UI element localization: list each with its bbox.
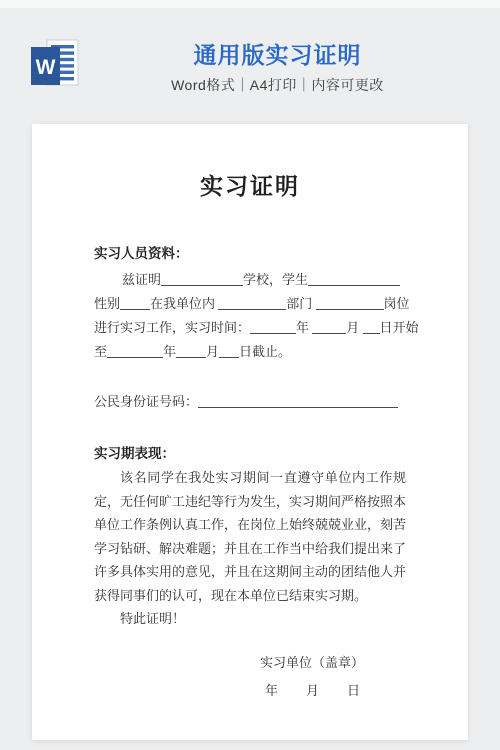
performance-paragraph: 该名同学在我处实习期间一直遵守单位内工作规定，无任何旷工违纪等行为发生，实习期间… bbox=[94, 466, 406, 607]
form-text: 性别 bbox=[94, 296, 120, 311]
blank-field-end-day bbox=[219, 344, 239, 358]
form-text: 月 bbox=[346, 320, 359, 335]
form-text: 日开始 bbox=[380, 320, 419, 335]
page-subtitle: Word格式｜A4打印｜内容可更改 bbox=[55, 76, 500, 94]
form-text: 岗位 bbox=[384, 296, 410, 311]
blank-field-end-year bbox=[107, 344, 163, 358]
personnel-form: 兹证明学校，学生 性别在我单位内 部门 岗位 进行实习工作，实习时间：年 月 日… bbox=[94, 268, 406, 364]
id-number-line: 公民身份证号码： bbox=[94, 390, 406, 414]
signature-date-line: 年月日 bbox=[94, 681, 406, 701]
date-year-label: 年 bbox=[265, 683, 278, 698]
form-line: 进行实习工作，实习时间：年 月 日开始 bbox=[94, 316, 406, 340]
form-line: 至年月日截止。 bbox=[94, 340, 406, 364]
form-text: 在我单位内 bbox=[150, 296, 215, 311]
blank-field-start-day bbox=[363, 320, 380, 334]
page-title: 通用版实习证明 bbox=[55, 41, 500, 69]
blank-field-position bbox=[316, 296, 384, 310]
id-number-label: 公民身份证号码： bbox=[94, 394, 198, 409]
hereby-certify-line: 特此证明！ bbox=[94, 607, 406, 631]
page-background: { "header": { "logo_letter": "W", "title… bbox=[0, 0, 500, 750]
blank-field-gender bbox=[120, 296, 150, 310]
form-text: 部门 bbox=[286, 296, 312, 311]
blank-field-start-month bbox=[312, 320, 346, 334]
top-strip bbox=[0, 0, 500, 8]
blank-field-school bbox=[161, 272, 243, 286]
form-text: 进行实习工作，实习时间： bbox=[94, 320, 250, 335]
blank-field-end-month bbox=[176, 344, 206, 358]
form-text: 年 bbox=[163, 344, 176, 359]
signature-unit-line: 实习单位（盖章） bbox=[94, 653, 406, 673]
blank-field-id-number bbox=[198, 394, 398, 408]
form-text: 至 bbox=[94, 344, 107, 359]
section-heading-personnel: 实习人员资料： bbox=[94, 244, 406, 264]
form-text: 月 bbox=[206, 344, 219, 359]
form-text: 年 bbox=[296, 320, 309, 335]
blank-field-start-year bbox=[250, 320, 296, 334]
date-month-label: 月 bbox=[306, 683, 319, 698]
word-logo-letter: W bbox=[36, 56, 56, 79]
form-text: 学校，学生 bbox=[243, 272, 308, 287]
form-text: 日截止。 bbox=[239, 344, 291, 359]
form-text: 兹证明 bbox=[122, 272, 161, 287]
section-heading-performance: 实习期表现： bbox=[94, 444, 406, 464]
document-page: 实习证明 实习人员资料： 兹证明学校，学生 性别在我单位内 部门 岗位 进行实习… bbox=[32, 124, 468, 740]
date-day-label: 日 bbox=[347, 683, 360, 698]
blank-field-student bbox=[308, 272, 400, 286]
header: 通用版实习证明 Word格式｜A4打印｜内容可更改 bbox=[55, 41, 500, 94]
blank-field-department bbox=[218, 296, 286, 310]
form-line: 兹证明学校，学生 bbox=[94, 268, 406, 292]
form-line: 性别在我单位内 部门 岗位 bbox=[94, 292, 406, 316]
document-title: 实习证明 bbox=[94, 172, 406, 202]
